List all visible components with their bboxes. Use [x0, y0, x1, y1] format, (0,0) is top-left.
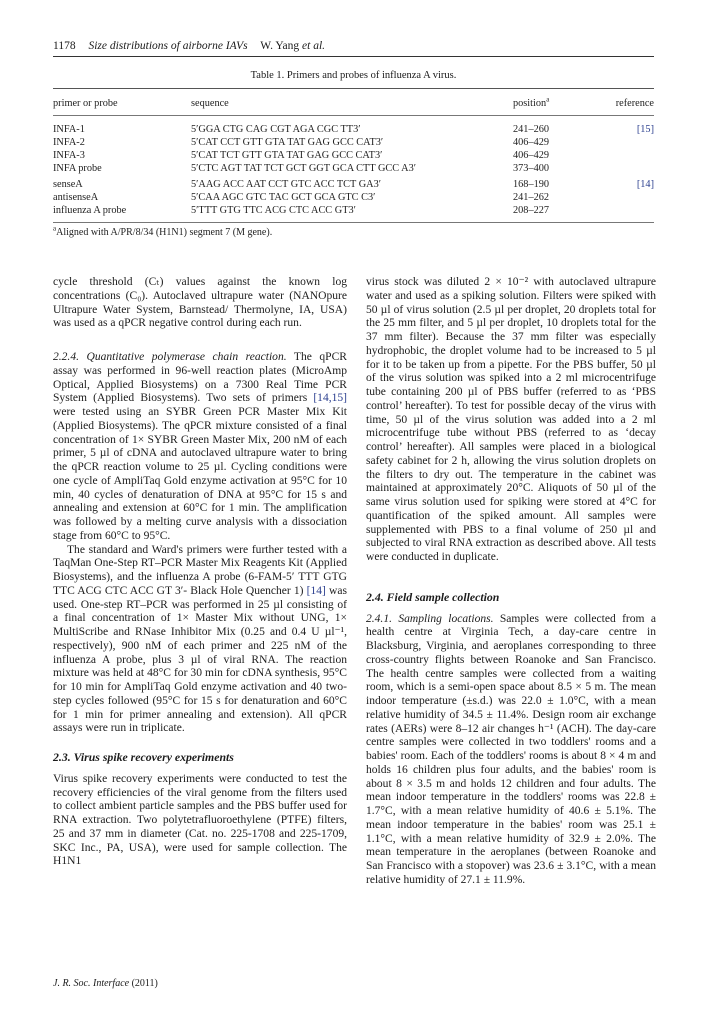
- primer-name: INFA-1: [53, 123, 191, 136]
- primer-sequence: 5′GGA CTG CAG CGT AGA CGC TT3′: [191, 123, 513, 136]
- left-column: cycle threshold (Cₜ) values against the …: [53, 276, 347, 869]
- page-number: 1178: [53, 40, 76, 52]
- section-2-4-1: 2.4.1. Sampling locations. Samples were …: [366, 613, 656, 888]
- table-row: influenza A probe 5′TTT GTG TTC ACG CTC …: [53, 204, 654, 217]
- primer-name: INFA-3: [53, 149, 191, 162]
- primer-reference: [591, 149, 654, 162]
- author-name: W. Yang: [260, 40, 299, 52]
- primer-position: 208–227: [513, 204, 591, 217]
- primer-name: influenza A probe: [53, 204, 191, 217]
- paragraph: cycle threshold (Cₜ) values against the …: [53, 276, 347, 331]
- table-header-row: primer or probe sequence positiona refer…: [53, 97, 654, 110]
- primer-sequence: 5′CAA AGC GTC TAC GCT GCA GTC C3′: [191, 191, 513, 204]
- right-column: virus stock was diluted 2 × 10⁻² with au…: [366, 276, 656, 888]
- primer-name: INFA probe: [53, 162, 191, 175]
- primer-position: 373–400: [513, 162, 591, 175]
- col-header-reference: reference: [591, 97, 654, 110]
- primer-reference-link[interactable]: [15]: [591, 123, 654, 136]
- col-header-position: positiona: [513, 97, 591, 110]
- citation-link[interactable]: [14,15]: [313, 392, 347, 404]
- table-row: antisenseA 5′CAA AGC GTC TAC GCT GCA GTC…: [53, 191, 654, 204]
- short-title: Size distributions of airborne IAVs: [88, 40, 247, 52]
- table-header: primer or probe sequence positiona refer…: [53, 97, 654, 110]
- table-row: INFA-3 5′CAT TCT GTT GTA TAT GAG GCC CAT…: [53, 149, 654, 162]
- section-heading: 2.3. Virus spike recovery experiments: [53, 751, 347, 765]
- primer-sequence: 5′AAG ACC AAT CCT GTC ACC TCT GA3′: [191, 178, 513, 191]
- table-top-rule: [53, 88, 654, 89]
- primer-reference: [591, 204, 654, 217]
- primer-sequence: 5′CTC AGT TAT TCT GCT GGT GCA CTT GCC A3…: [191, 162, 513, 175]
- paragraph-text: were tested using an SYBR Green PCR Mast…: [53, 406, 347, 542]
- primer-position: 406–429: [513, 136, 591, 149]
- table-row: INFA probe 5′CTC AGT TAT TCT GCT GGT GCA…: [53, 162, 654, 175]
- table-bottom-rule: [53, 222, 654, 223]
- primer-reference: [591, 162, 654, 175]
- section-2-2-4: 2.2.4. Quantitative polymerase chain rea…: [53, 351, 347, 544]
- table-header-rule: [53, 115, 654, 116]
- journal-year: (2011): [132, 978, 158, 989]
- primer-name: antisenseA: [53, 191, 191, 204]
- table-caption: Table 1. Primers and probes of influenza…: [53, 70, 654, 81]
- table-row: INFA-2 5′CAT CCT GTT GTA TAT GAG GCC CAT…: [53, 136, 654, 149]
- paragraph-text: The standard and Ward's primers were fur…: [53, 544, 347, 597]
- running-head: 1178 Size distributions of airborne IAVs…: [53, 38, 654, 57]
- primer-position: 168–190: [513, 178, 591, 191]
- paragraph: virus stock was diluted 2 × 10⁻² with au…: [366, 276, 656, 565]
- page-footer: J. R. Soc. Interface (2011): [53, 978, 158, 989]
- footnote-mark: a: [546, 96, 549, 104]
- primer-sequence: 5′CAT TCT GTT GTA TAT GAG GCC CAT3′: [191, 149, 513, 162]
- table-row: INFA-1 5′GGA CTG CAG CGT AGA CGC TT3′ 24…: [53, 123, 654, 136]
- primer-reference-link[interactable]: [14]: [591, 178, 654, 191]
- primer-reference: [591, 191, 654, 204]
- primer-reference: [591, 136, 654, 149]
- col-header-sequence: sequence: [191, 97, 513, 110]
- authors: W. Yang et al.: [260, 40, 325, 52]
- primer-position: 241–262: [513, 191, 591, 204]
- table-group-infa: INFA-1 5′GGA CTG CAG CGT AGA CGC TT3′ 24…: [53, 123, 654, 175]
- primer-sequence: 5′CAT CCT GTT GTA TAT GAG GCC CAT3′: [191, 136, 513, 149]
- position-label: position: [513, 98, 546, 109]
- section-heading: 2.4. Field sample collection: [366, 591, 656, 605]
- primer-position: 406–429: [513, 149, 591, 162]
- et-al: et al.: [302, 40, 325, 52]
- citation-link[interactable]: [14]: [307, 585, 326, 597]
- paragraph: The standard and Ward's primers were fur…: [53, 544, 347, 737]
- col-header-primer: primer or probe: [53, 97, 191, 110]
- primer-sequence: 5′TTT GTG TTC ACG CTC ACC GT3′: [191, 204, 513, 217]
- subsection-heading: 2.2.4. Quantitative polymerase chain rea…: [53, 351, 287, 363]
- paragraph: Virus spike recovery experiments were co…: [53, 773, 347, 869]
- paragraph-text: was used. One-step RT–PCR was performed …: [53, 585, 347, 735]
- primer-position: 241–260: [513, 123, 591, 136]
- paragraph-text: Samples were collected from a health cen…: [366, 613, 656, 886]
- table-row: senseA 5′AAG ACC AAT CCT GTC ACC TCT GA3…: [53, 178, 654, 191]
- subsection-heading: 2.4.1. Sampling locations.: [366, 613, 494, 625]
- primer-name: senseA: [53, 178, 191, 191]
- table-footnote: aAligned with A/PR/8/34 (H1N1) segment 7…: [53, 227, 272, 238]
- footnote-text: Aligned with A/PR/8/34 (H1N1) segment 7 …: [56, 227, 272, 238]
- primer-name: INFA-2: [53, 136, 191, 149]
- journal-name: J. R. Soc. Interface: [53, 978, 129, 989]
- table-group-sensea: senseA 5′AAG ACC AAT CCT GTC ACC TCT GA3…: [53, 178, 654, 217]
